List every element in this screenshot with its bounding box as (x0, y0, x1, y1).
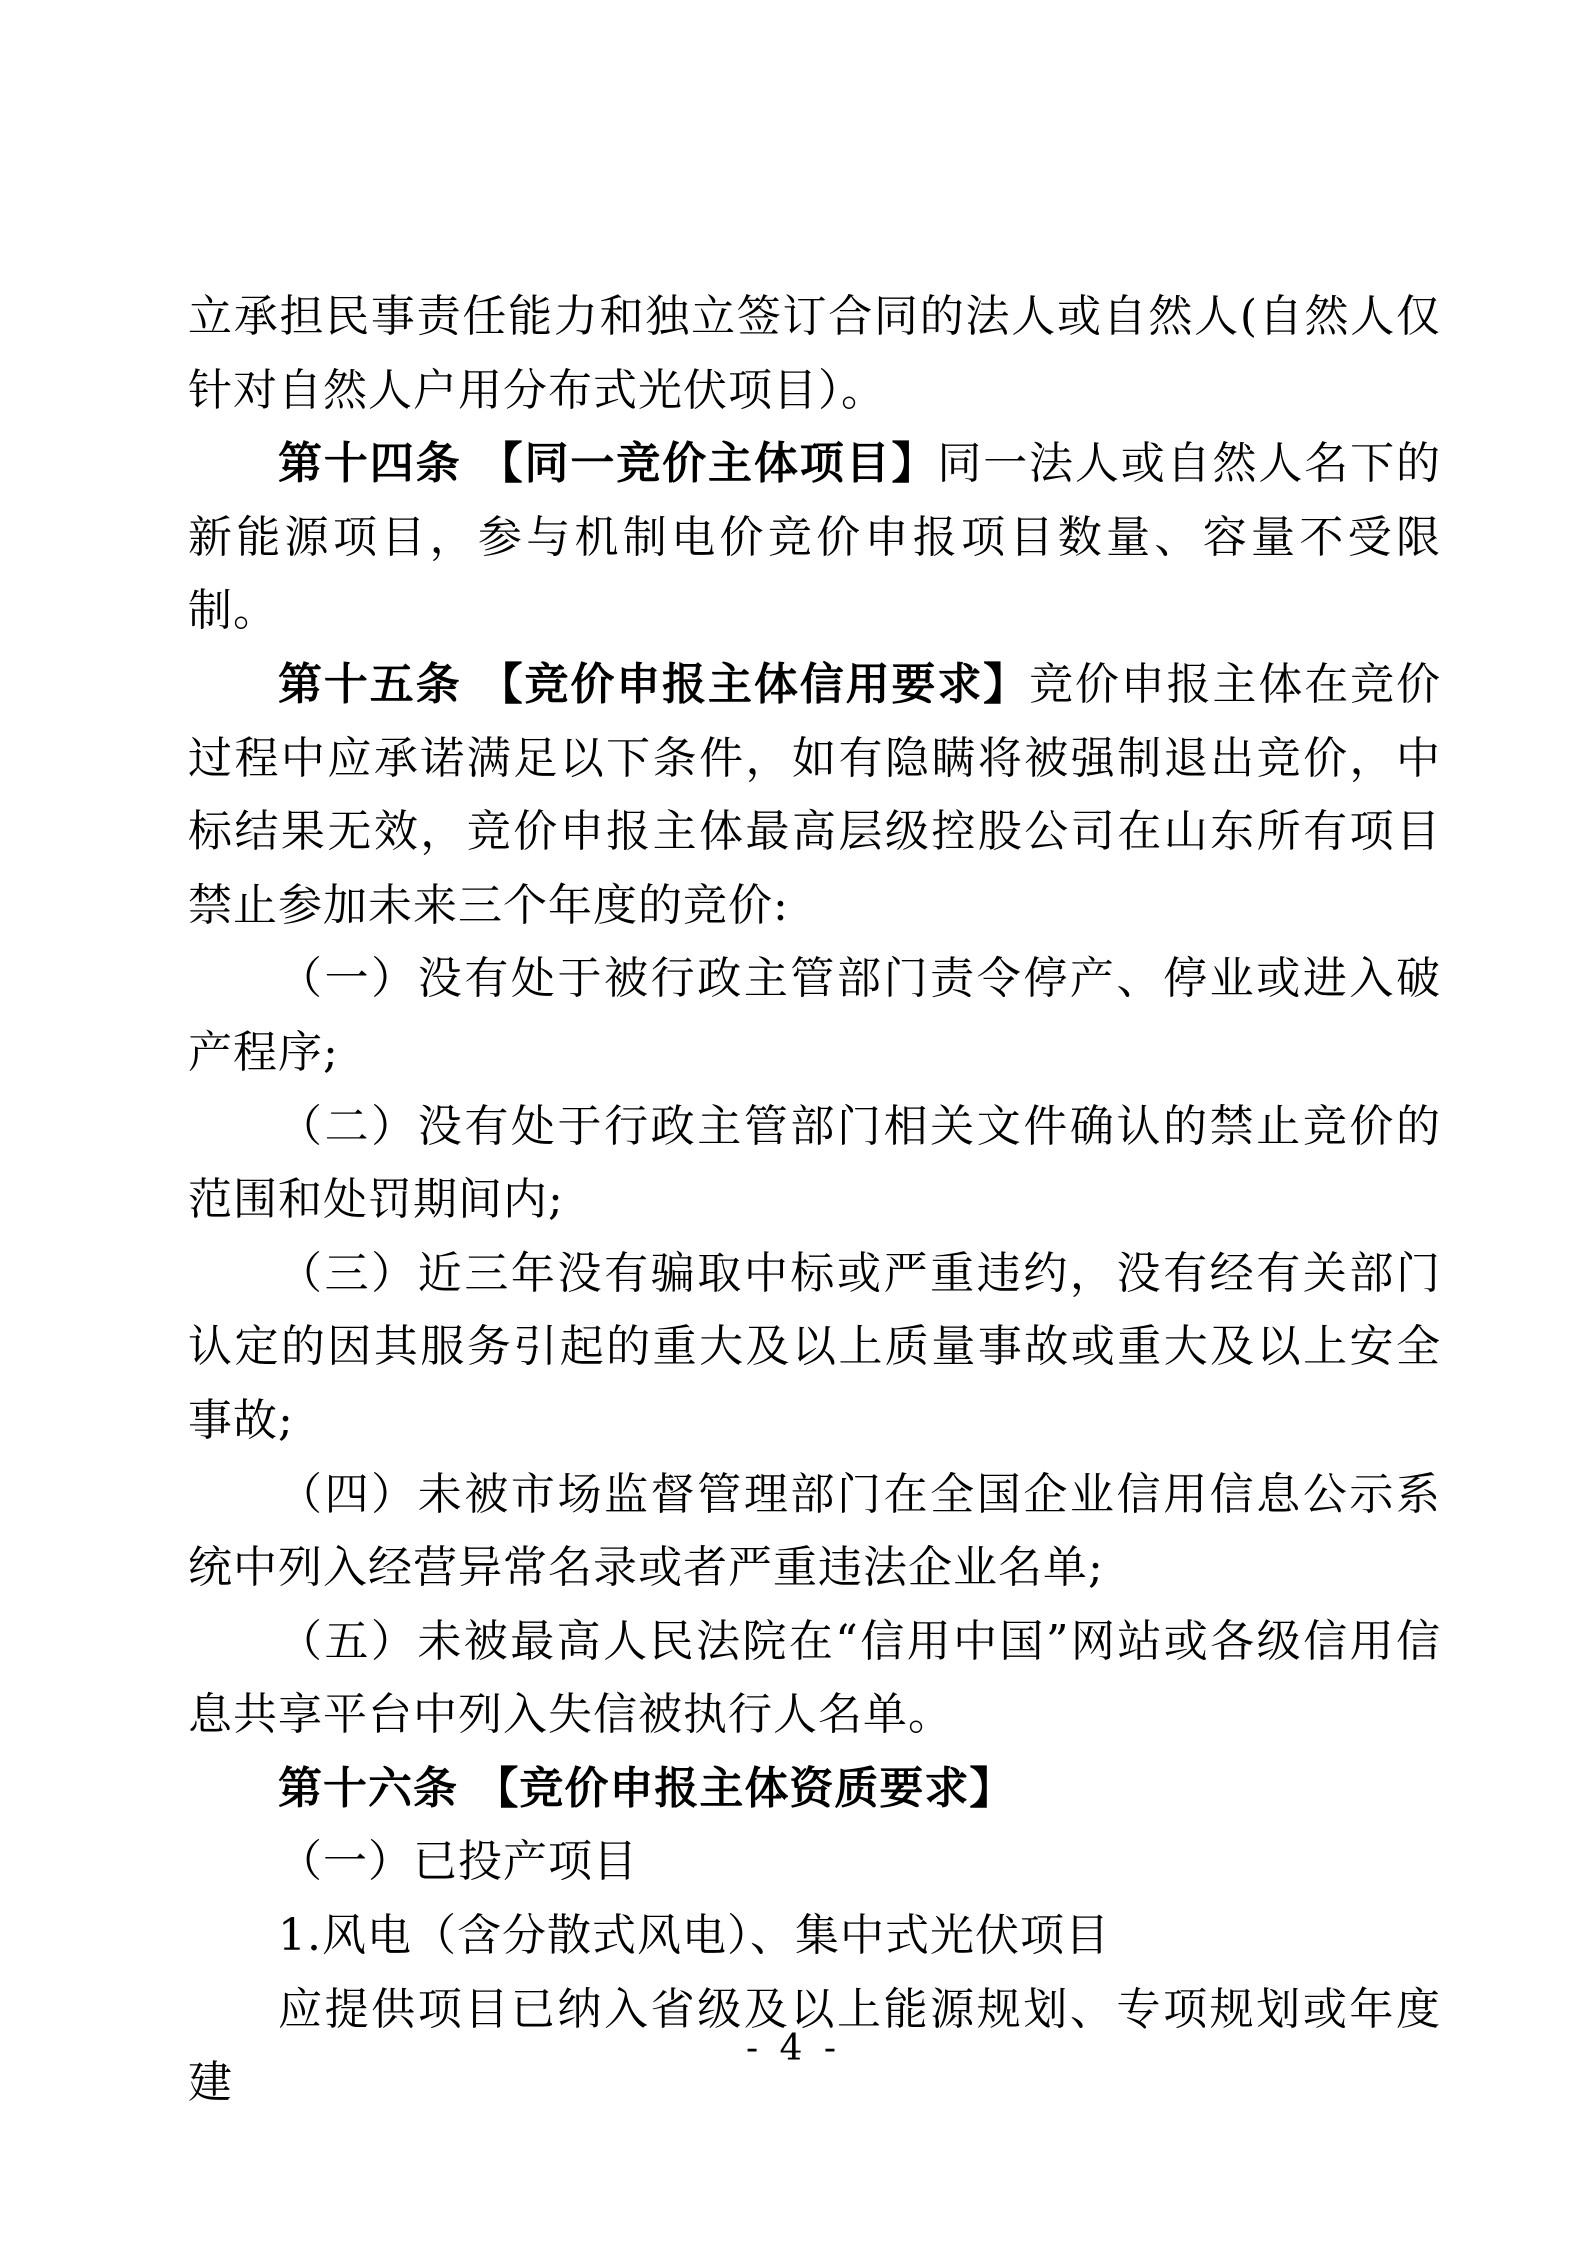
article-16-paragraph: 第十六条 【竞价申报主体资质要求】 (188, 1752, 1441, 1826)
article-14-paragraph: 第十四条 【同一竞价主体项目】同一法人或自然人名下的新能源项目，参与机制电价竞价… (188, 427, 1441, 648)
condition-item-4: （四）未被市场监督管理部门在全国企业信用信息公示系统中列入经营异常名录或者严重违… (188, 1458, 1441, 1605)
condition-item-3: （三）近三年没有骗取中标或严重违约，没有经有关部门认定的因其服务引起的重大及以上… (188, 1237, 1441, 1458)
qualification-section-1-heading: （一）已投产项目 (188, 1825, 1441, 1899)
condition-item-2: （二）没有处于行政主管部门相关文件确认的禁止竞价的范围和处罚期间内; (188, 1090, 1441, 1237)
qualification-item-wind-solar: 1.风电（含分散式风电）、集中式光伏项目 (188, 1899, 1441, 1973)
condition-item-1: （一）没有处于被行政主管部门责令停产、停业或进入破产程序; (188, 942, 1441, 1089)
article-15-paragraph: 第十五条 【竞价申报主体信用要求】竞价申报主体在竞价过程中应承诺满足以下条件，如… (188, 648, 1441, 942)
paragraph-text: 立承担民事责任能力和独立签订合同的法人或自然人(自然人仅针对自然人户用分布式光伏… (188, 291, 1441, 416)
article-16-heading: 第十六条 【竞价申报主体资质要求】 (278, 1763, 1014, 1814)
paragraph-text: （三）近三年没有骗取中标或严重违约，没有经有关部门认定的因其服务引起的重大及以上… (188, 1248, 1441, 1446)
page-number: - 4 - (0, 2028, 1587, 2069)
body-paragraph-continuation: 立承担民事责任能力和独立签订合同的法人或自然人(自然人仅针对自然人户用分布式光伏… (188, 280, 1441, 427)
paragraph-text: （一）已投产项目 (278, 1836, 638, 1887)
condition-item-5: （五）未被最高人民法院在“信用中国”网站或各级信用信息共享平台中列入失信被执行人… (188, 1605, 1441, 1752)
paragraph-text: （四）未被市场监督管理部门在全国企业信用信息公示系统中列入经营异常名录或者严重违… (188, 1469, 1441, 1594)
paragraph-text: 1.风电（含分散式风电）、集中式光伏项目 (278, 1910, 1110, 1961)
article-15-heading: 第十五条 【竞价申报主体信用要求】 (278, 659, 1029, 710)
paragraph-text: （二）没有处于行政主管部门相关文件确认的禁止竞价的范围和处罚期间内; (188, 1101, 1441, 1226)
paragraph-text: （五）未被最高人民法院在“信用中国”网站或各级信用信息共享平台中列入失信被执行人… (188, 1616, 1441, 1741)
document-page: 立承担民事责任能力和独立签订合同的法人或自然人(自然人仅针对自然人户用分布式光伏… (0, 0, 1587, 2245)
article-14-heading: 第十四条 【同一竞价主体项目】 (278, 438, 937, 489)
document-body: 立承担民事责任能力和独立签订合同的法人或自然人(自然人仅针对自然人户用分布式光伏… (188, 280, 1441, 2120)
paragraph-text: （一）没有处于被行政主管部门责令停产、停业或进入破产程序; (188, 953, 1441, 1078)
